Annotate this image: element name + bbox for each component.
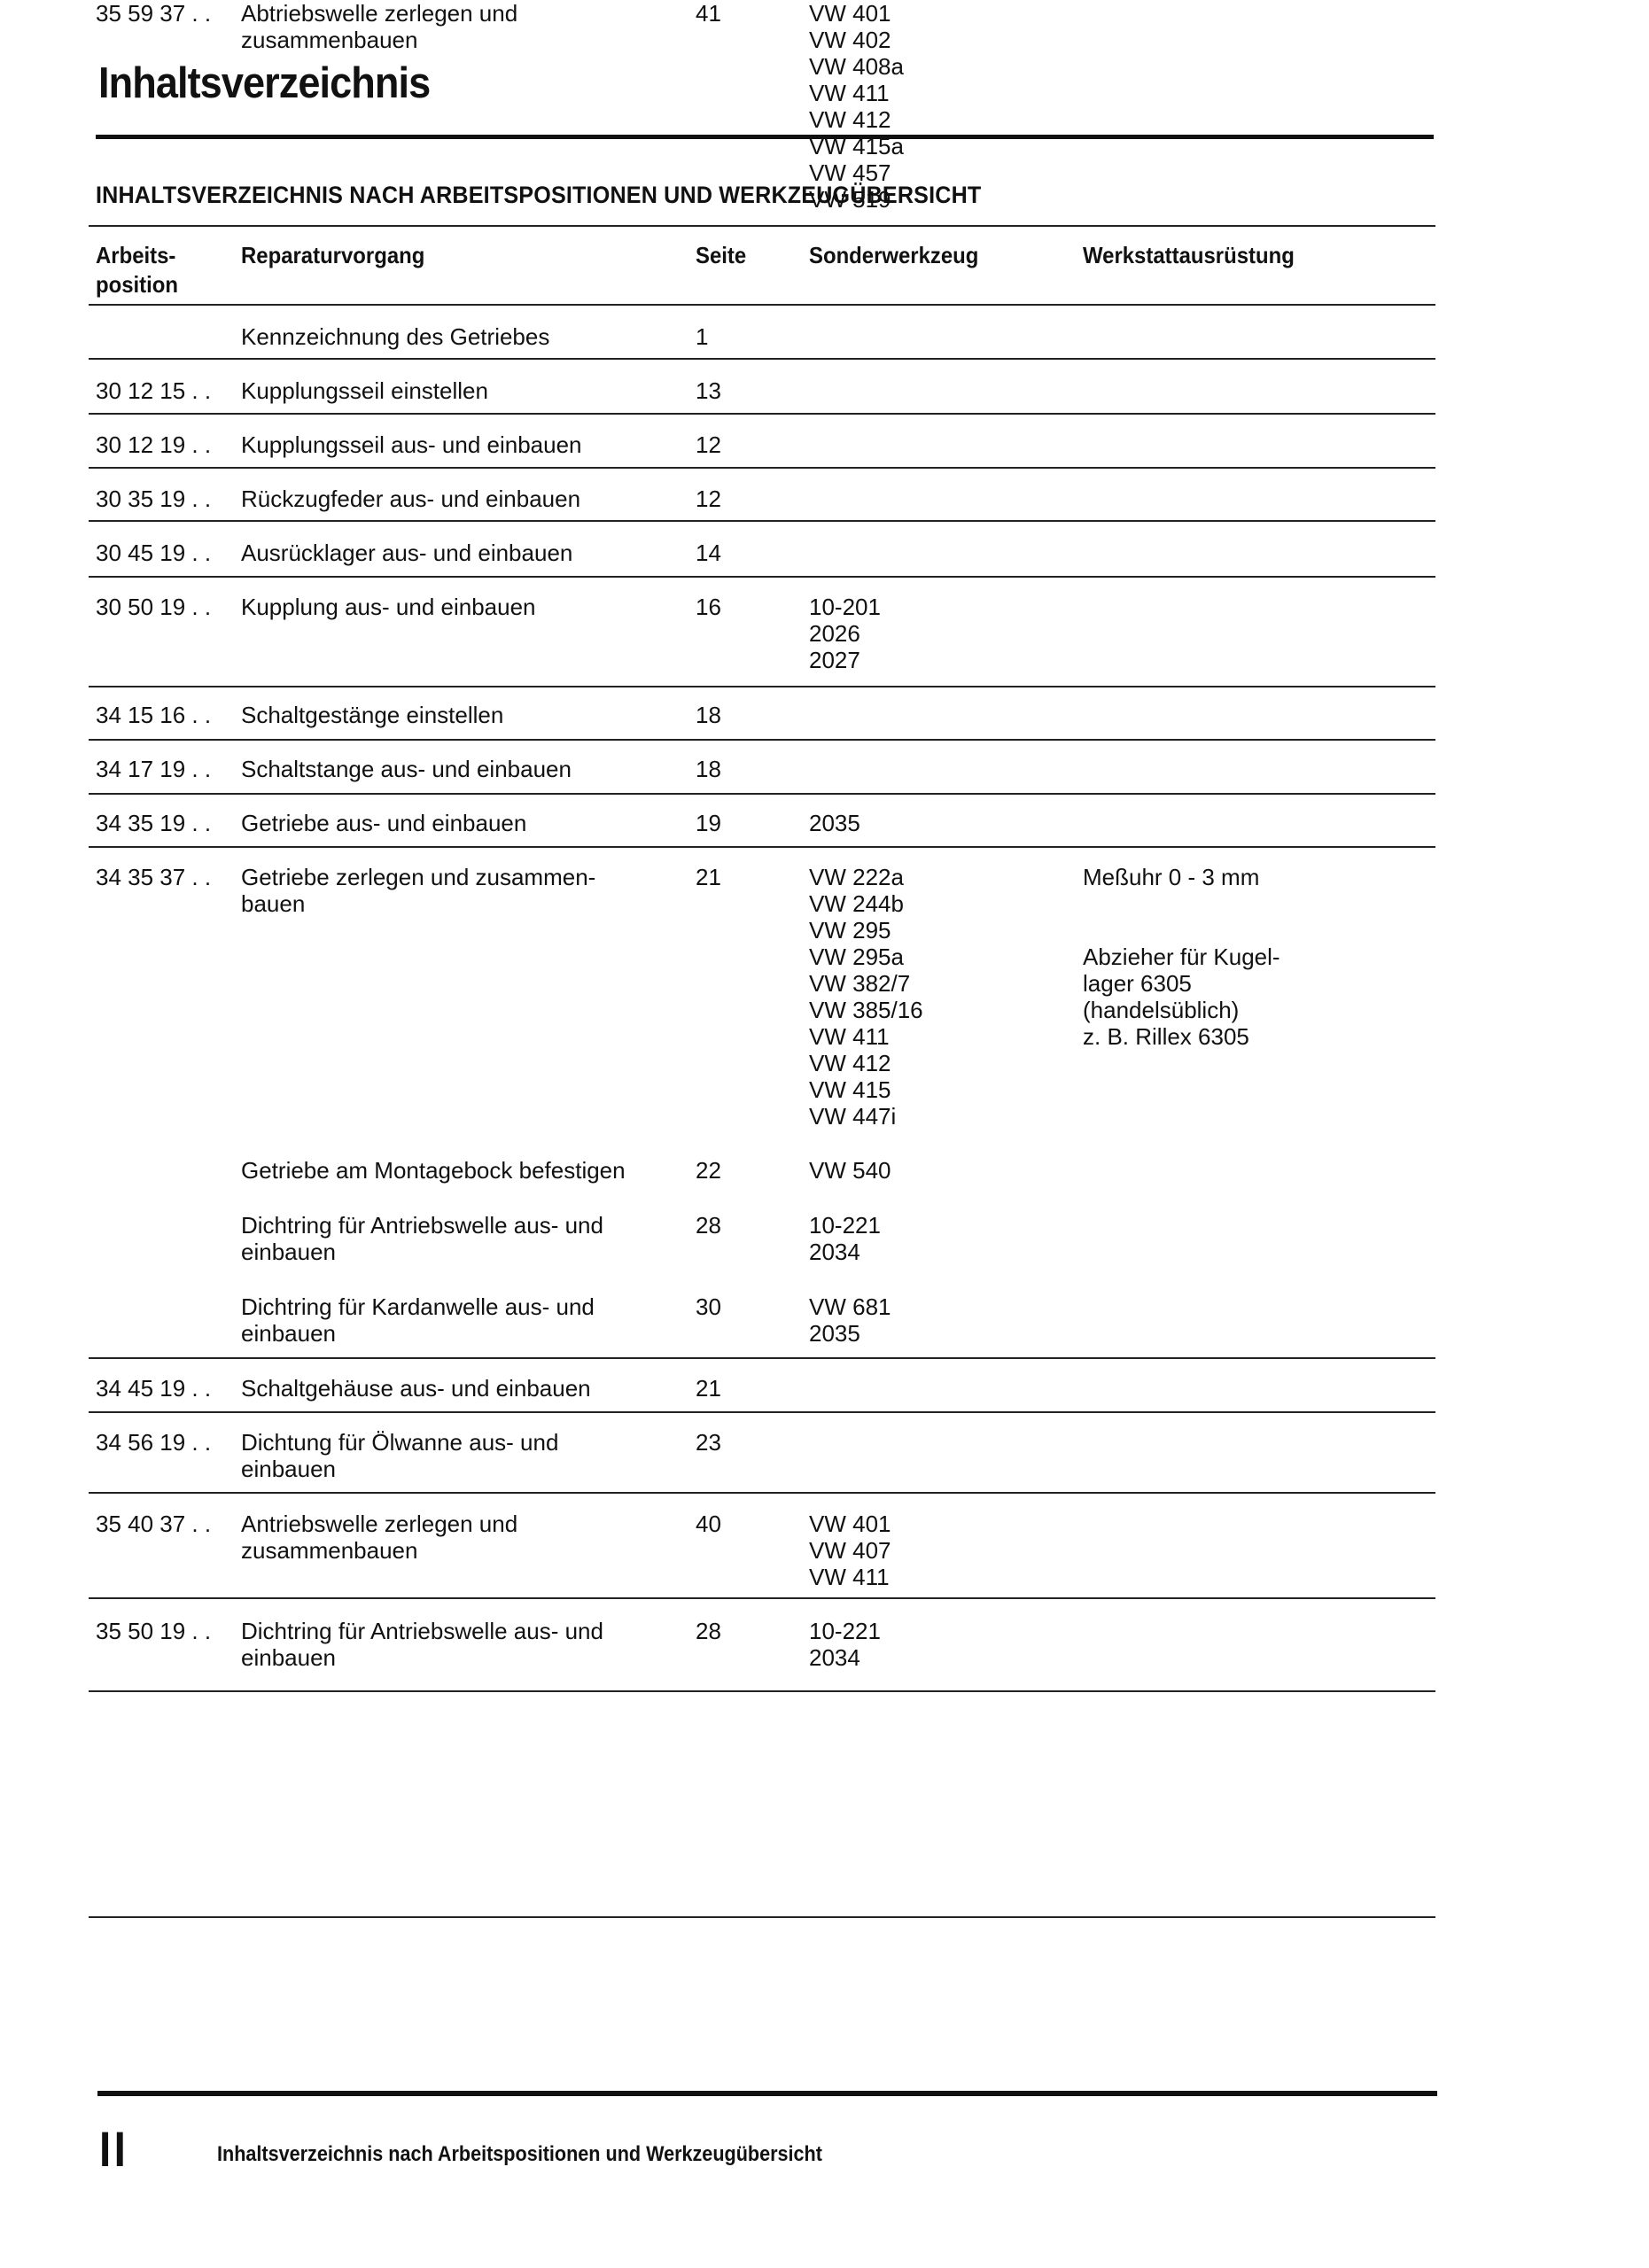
row-page: 28	[696, 1212, 721, 1239]
header-page: Seite	[696, 241, 746, 270]
row-page: 22	[696, 1157, 721, 1184]
row-page: 28	[696, 1618, 721, 1644]
row-divider	[89, 1916, 1435, 1918]
header-equipment: Werkstattausrüstung	[1083, 241, 1295, 270]
row-task: Dichtring für Antriebswelle aus- und ein…	[241, 1618, 603, 1671]
footer-rule	[97, 2091, 1437, 2096]
row-position: 30 45 19 . .	[96, 540, 211, 566]
row-divider	[89, 1690, 1435, 1692]
row-tools: 2035	[809, 810, 860, 836]
row-position: 35 59 37 . .	[96, 0, 211, 27]
row-tools: VW 540	[809, 1157, 891, 1184]
row-task: Rückzugfeder aus- und einbauen	[241, 485, 580, 512]
row-position: 30 12 15 . .	[96, 377, 211, 404]
row-tools: 10-221 2034	[809, 1212, 881, 1265]
row-task: Dichtung für Ölwanne aus- und einbauen	[241, 1429, 558, 1482]
row-position: 34 35 37 . .	[96, 864, 211, 890]
row-divider	[89, 846, 1435, 848]
row-tools: VW 681 2035	[809, 1293, 891, 1347]
row-divider	[89, 793, 1435, 795]
row-task: Kupplung aus- und einbauen	[241, 594, 536, 620]
row-tools: VW 222a VW 244b VW 295 VW 295a VW 382/7 …	[809, 864, 923, 1130]
row-task: Schaltgestänge einstellen	[241, 702, 503, 728]
row-task: Kennzeichnung des Getriebes	[241, 323, 549, 350]
row-position: 34 17 19 . .	[96, 756, 211, 782]
row-tools: VW 401 VW 407 VW 411	[809, 1511, 891, 1590]
row-tools: 10-221 2034	[809, 1618, 881, 1671]
row-page: 41	[696, 0, 721, 27]
row-page: 1	[696, 323, 708, 350]
row-divider	[89, 576, 1435, 578]
table-header-rule	[89, 304, 1435, 306]
row-page: 14	[696, 540, 721, 566]
row-page: 13	[696, 377, 721, 404]
row-divider	[89, 358, 1435, 360]
row-divider	[89, 520, 1435, 522]
page-title: Inhaltsverzeichnis	[98, 58, 430, 108]
row-task: Dichtring für Antriebswelle aus- und ein…	[241, 1212, 603, 1265]
row-position: 34 35 19 . .	[96, 810, 211, 836]
row-position: 34 56 19 . .	[96, 1429, 211, 1456]
row-divider	[89, 1492, 1435, 1494]
row-task: Ausrücklager aus- und einbauen	[241, 540, 572, 566]
row-page: 40	[696, 1511, 721, 1537]
row-divider	[89, 1411, 1435, 1413]
row-task: Dichtring für Kardanwelle aus- und einba…	[241, 1293, 595, 1347]
row-tools: VW 401 VW 402 VW 408a VW 411 VW 412 VW 4…	[809, 0, 904, 213]
row-position: 34 45 19 . .	[96, 1375, 211, 1402]
row-page: 18	[696, 702, 721, 728]
row-divider	[89, 413, 1435, 415]
row-task: Schaltgehäuse aus- und einbauen	[241, 1375, 591, 1402]
row-position: 35 50 19 . .	[96, 1618, 211, 1644]
row-task: Antriebswelle zerlegen und zusammenbauen	[241, 1511, 517, 1564]
row-divider	[89, 1357, 1435, 1359]
row-page: 21	[696, 864, 721, 890]
row-position: 30 35 19 . .	[96, 485, 211, 512]
row-divider	[89, 739, 1435, 741]
row-divider	[89, 467, 1435, 469]
table-top-rule	[89, 225, 1435, 227]
header-tools: Sonderwerkzeug	[809, 241, 978, 270]
row-tools: 10-201 2026 2027	[809, 594, 881, 673]
row-position: 30 50 19 . .	[96, 594, 211, 620]
row-page: 23	[696, 1429, 721, 1456]
row-position: 35 40 37 . .	[96, 1511, 211, 1537]
title-divider	[96, 135, 1434, 139]
row-position: 30 12 19 . .	[96, 431, 211, 458]
row-page: 12	[696, 431, 721, 458]
row-divider	[89, 686, 1435, 687]
row-page: 18	[696, 756, 721, 782]
footer-title: Inhaltsverzeichnis nach Arbeitspositione…	[217, 2142, 822, 2167]
row-task: Kupplungsseil aus- und einbauen	[241, 431, 582, 458]
footer-page-number: II	[99, 2120, 128, 2178]
row-page: 21	[696, 1375, 721, 1402]
row-position: 34 15 16 . .	[96, 702, 211, 728]
row-task: Kupplungsseil einstellen	[241, 377, 488, 404]
row-task: Getriebe zerlegen und zusammen- bauen	[241, 864, 595, 917]
row-page: 19	[696, 810, 721, 836]
row-task: Getriebe aus- und einbauen	[241, 810, 526, 836]
row-divider	[89, 1597, 1435, 1599]
header-position: Arbeits- position	[96, 241, 178, 299]
row-page: 12	[696, 485, 721, 512]
row-task: Abtriebswelle zerlegen und zusammenbauen	[241, 0, 517, 53]
header-task: Reparaturvorgang	[241, 241, 424, 270]
row-task: Getriebe am Montagebock befestigen	[241, 1157, 626, 1184]
row-equipment: Meßuhr 0 - 3 mm Abzieher für Kugel- lage…	[1083, 864, 1280, 1050]
row-page: 16	[696, 594, 721, 620]
row-task: Schaltstange aus- und einbauen	[241, 756, 572, 782]
row-page: 30	[696, 1293, 721, 1320]
